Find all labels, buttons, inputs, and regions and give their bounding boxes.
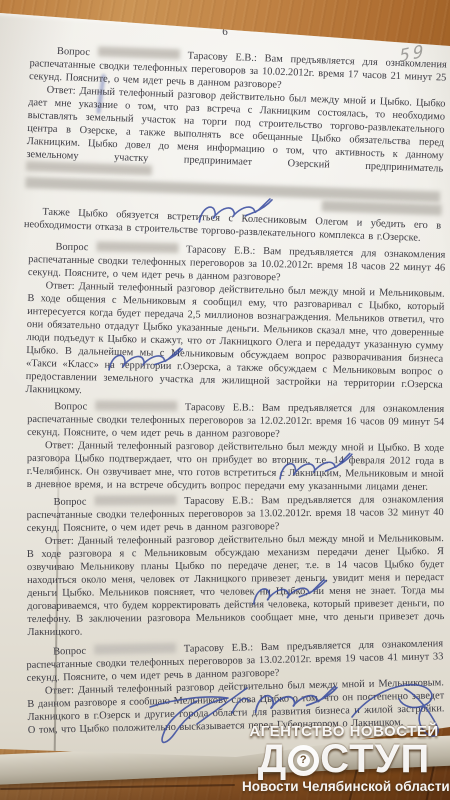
question-label: Вопрос (55, 242, 88, 254)
answer-text: Ответ: Данный телефонный разговор действ… (27, 440, 444, 493)
question-text: Тарасову Е.В.: Вам предъявляется для озн… (27, 402, 444, 440)
redaction-bar (322, 200, 442, 215)
answer-paragraph: Ответ: Данный телефонный разговор действ… (26, 83, 446, 188)
logo-lens-icon: ? (288, 745, 319, 776)
question-mark-icon: ? (297, 754, 310, 767)
answer-paragraph: Ответ: Данный телефонный разговор действ… (25, 279, 444, 405)
answer-text: Ответ: Данный телефонный разговор действ… (26, 85, 445, 175)
question-label: Вопрос (53, 646, 86, 658)
qa-block-4: Вопрос Тарасову Е.В.: Вам предъявляется … (27, 493, 445, 639)
qa-block-1: Вопрос Тарасову Е.В.: Вам предъявляется … (24, 44, 447, 245)
qa-block-2: Вопрос Тарасову Е.В.: Вам предъявляется … (25, 240, 445, 405)
question-label: Вопрос (57, 46, 90, 58)
watermark-tagline: Новости Челябинской области (242, 779, 446, 794)
redaction-box (96, 241, 178, 253)
document-page: 6 59 Вопрос Тарасову Е.В.: Вам предъявля… (0, 0, 450, 800)
logo-letter-d: Д (258, 741, 288, 777)
question-text: Тарасову Е.В.: Вам предъявляется для озн… (27, 494, 444, 534)
watermark-logo: Д ? СТУП (242, 740, 446, 778)
document-photo: 6 59 Вопрос Тарасову Е.В.: Вам предъявля… (0, 0, 450, 800)
redaction-box (95, 400, 177, 411)
logo-letters-stup: СТУП (320, 741, 430, 777)
question-label: Вопрос (54, 497, 87, 508)
answer-text: Ответ: Данный телефонный разговор действ… (27, 533, 445, 638)
question-paragraph: Вопрос Тарасову Е.В.: Вам предъявляется … (27, 493, 444, 535)
typed-text: Вопрос Тарасову Е.В.: Вам предъявляется … (0, 0, 450, 737)
redaction-box (94, 495, 176, 506)
answer-paragraph: Ответ: Данный телефонный разговор действ… (27, 532, 445, 639)
answer-text: Ответ: Данный телефонный разговор действ… (25, 280, 444, 396)
question-paragraph: Вопрос Тарасову Е.В.: Вам предъявляется … (27, 400, 444, 442)
news-agency-watermark: АГЕНТСТВО НОВОСТЕЙ Д ? СТУП Новости Челя… (242, 723, 446, 794)
redaction-box (98, 46, 180, 59)
answer-paragraph: Ответ: Данный телефонный разговор действ… (27, 439, 444, 494)
question-label: Вопрос (54, 401, 87, 412)
redaction-box (94, 643, 176, 655)
question-text: Тарасову Е.В.: Вам предъявляется для озн… (28, 244, 446, 283)
qa-block-3: Вопрос Тарасову Е.В.: Вам предъявляется … (27, 400, 445, 494)
